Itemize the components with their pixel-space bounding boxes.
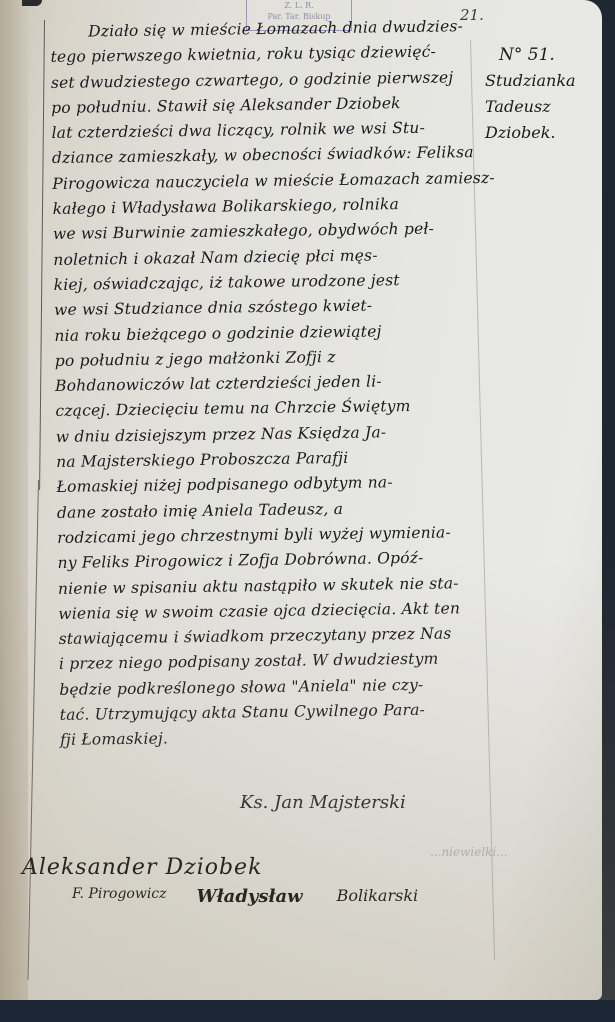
witness-2-signature: Władysław (197, 886, 303, 907)
record-number: N° 51. (485, 42, 595, 68)
village-name: Studzianka (485, 68, 595, 94)
book-gutter (0, 0, 28, 1000)
witness-signature-row: F. Pirogowicz Władysław Bolikarski (22, 886, 418, 907)
signature-block: Aleksander Dziobek F. Pirogowicz Władysł… (22, 855, 418, 907)
register-page: Z. L. R. Par. Tar. Biskup 21. Działo się… (0, 0, 602, 1000)
record-side-note: N° 51. Studzianka Tadeusz Dziobek. (485, 42, 595, 146)
witness-1-signature: F. Pirogowicz (22, 886, 167, 907)
child-given-name: Tadeusz (485, 94, 595, 120)
book-cover-edge (0, 1000, 615, 1022)
record-line: fji Łomaskiej. (60, 722, 500, 753)
stamp-line-1: Z. L. R. (247, 0, 351, 11)
bleedthrough-text: ...niewielki... (430, 845, 508, 859)
child-surname: Dziobek. (485, 120, 595, 146)
witness-2-surname-signature: Bolikarski (333, 886, 419, 907)
record-body: Działo się w mieście Łomazach dnia dwudz… (50, 14, 500, 754)
left-margin-rule (39, 20, 45, 490)
priest-signature: Ks. Jan Majsterski (240, 792, 406, 813)
page-corner-shadow (22, 0, 42, 6)
father-signature: Aleksander Dziobek (22, 855, 418, 880)
